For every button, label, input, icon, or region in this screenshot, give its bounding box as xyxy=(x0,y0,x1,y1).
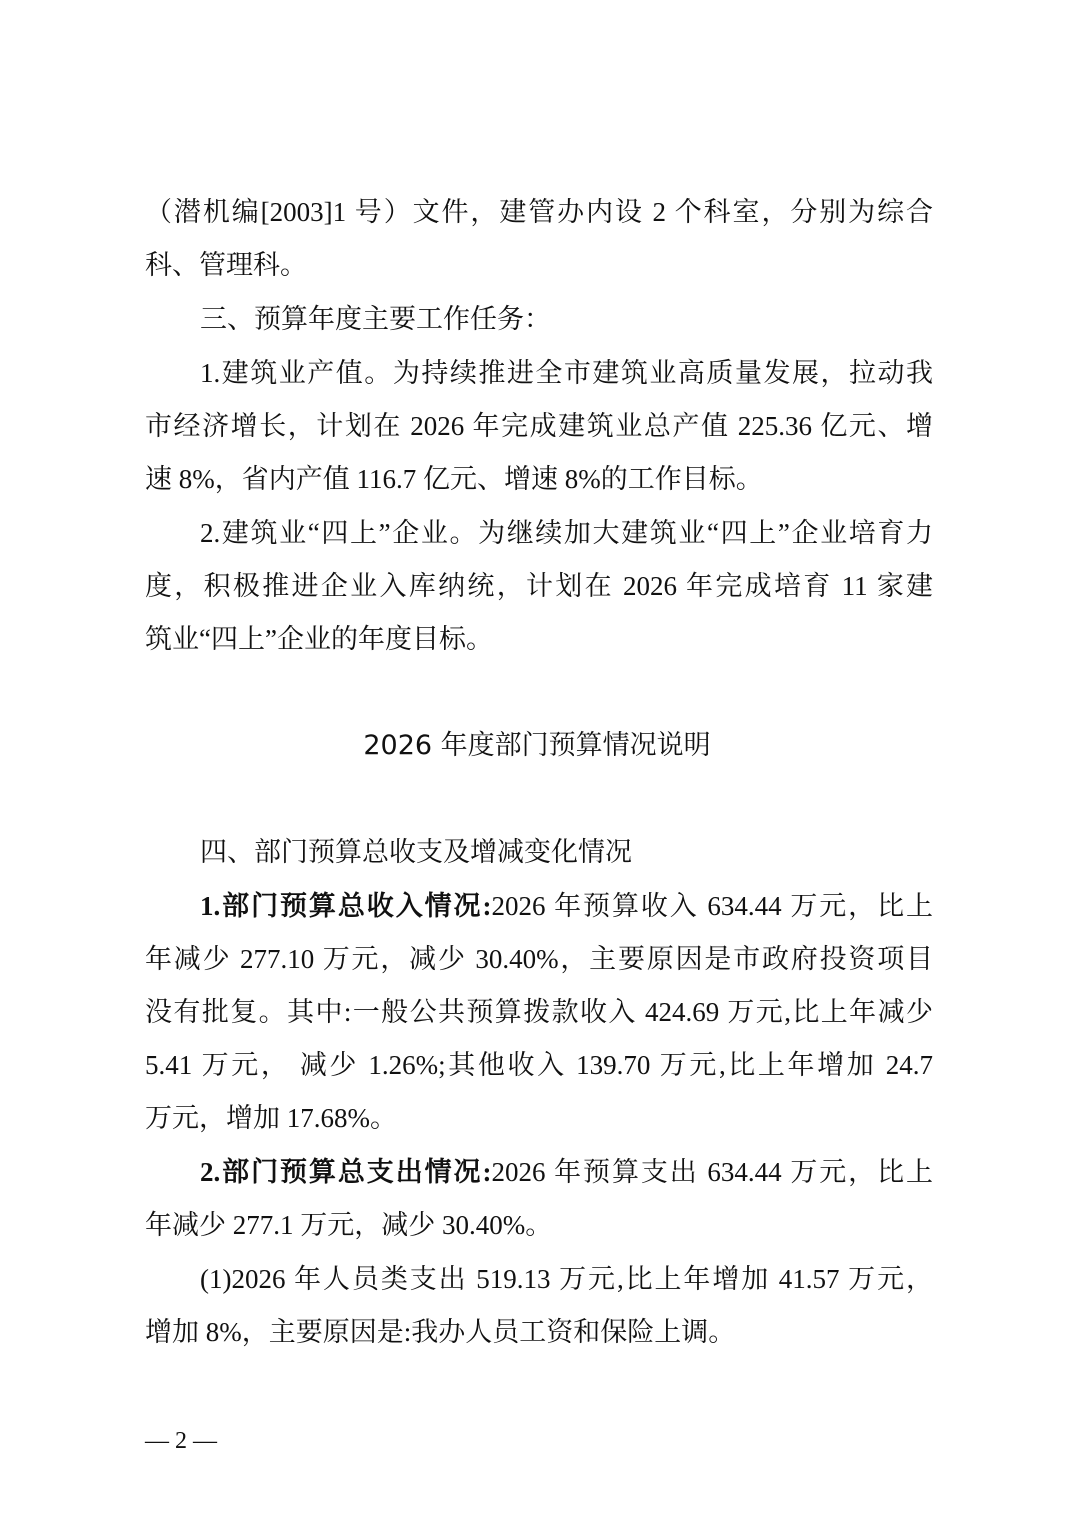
paragraph-line: 筑业“四上”企业的年度目标。 xyxy=(145,619,933,659)
paragraph-line: 万元，增加 17.68%。 xyxy=(145,1098,933,1138)
paragraph-line: 1.建筑业产值。为持续推进全市建筑业高质量发展，拉动我 xyxy=(200,353,933,393)
paragraph-line: 增加 8%，主要原因是:我办人员工资和保险上调。 xyxy=(145,1312,933,1352)
paragraph-line: 5.41 万元， 减少 1.26%;其他收入 139.70 万元,比上年增加 2… xyxy=(145,1045,933,1085)
paragraph-line: (1)2026 年人员类支出 519.13 万元,比上年增加 41.57 万元， xyxy=(200,1259,933,1299)
page-number: — 2 — xyxy=(145,1426,217,1456)
paragraph-line: 速 8%，省内产值 116.7 亿元、增速 8%的工作目标。 xyxy=(145,459,933,499)
paragraph-line: 科、管理科。 xyxy=(145,245,933,285)
paragraph-line: 没有批复。其中:一般公共预算拨款收入 424.69 万元,比上年减少 xyxy=(145,992,933,1032)
section-heading-3: 三、预算年度主要工作任务： xyxy=(200,300,933,340)
income-text: 2026 年预算收入 634.44 万元，比上 xyxy=(491,891,933,921)
paragraph-line: 年减少 277.1 万元，减少 30.40%。 xyxy=(145,1205,933,1245)
paragraph-line: （潜机编[2003]1 号）文件，建管办内设 2 个科室，分别为综合 xyxy=(145,192,933,232)
expense-text: 2026 年预算支出 634.44 万元，比上 xyxy=(491,1157,933,1187)
paragraph-line: 2.建筑业“四上”企业。为继续加大建筑业“四上”企业培育力 xyxy=(200,513,933,553)
section-heading-4: 四、部门预算总收支及增减变化情况 xyxy=(200,833,933,873)
paragraph-line: 年减少 277.10 万元，减少 30.40%，主要原因是市政府投资项目 xyxy=(145,939,933,979)
paragraph-line: 1.部门预算总收入情况:2026 年预算收入 634.44 万元，比上 xyxy=(200,886,933,926)
paragraph-line: 度，积极推进企业入库纳统，计划在 2026 年完成培育 11 家建 xyxy=(145,566,933,606)
document-page: （潜机编[2003]1 号）文件，建管办内设 2 个科室，分别为综合 科、管理科… xyxy=(0,0,1074,1520)
income-label: 1.部门预算总收入情况: xyxy=(200,891,491,921)
expense-label: 2.部门预算总支出情况: xyxy=(200,1157,491,1187)
paragraph-line: 市经济增长，计划在 2026 年完成建筑业总产值 225.36 亿元、增 xyxy=(145,406,933,446)
paragraph-line: 2.部门预算总支出情况:2026 年预算支出 634.44 万元，比上 xyxy=(200,1152,933,1192)
document-title: 2026 年度部门预算情况说明 xyxy=(0,726,1074,766)
